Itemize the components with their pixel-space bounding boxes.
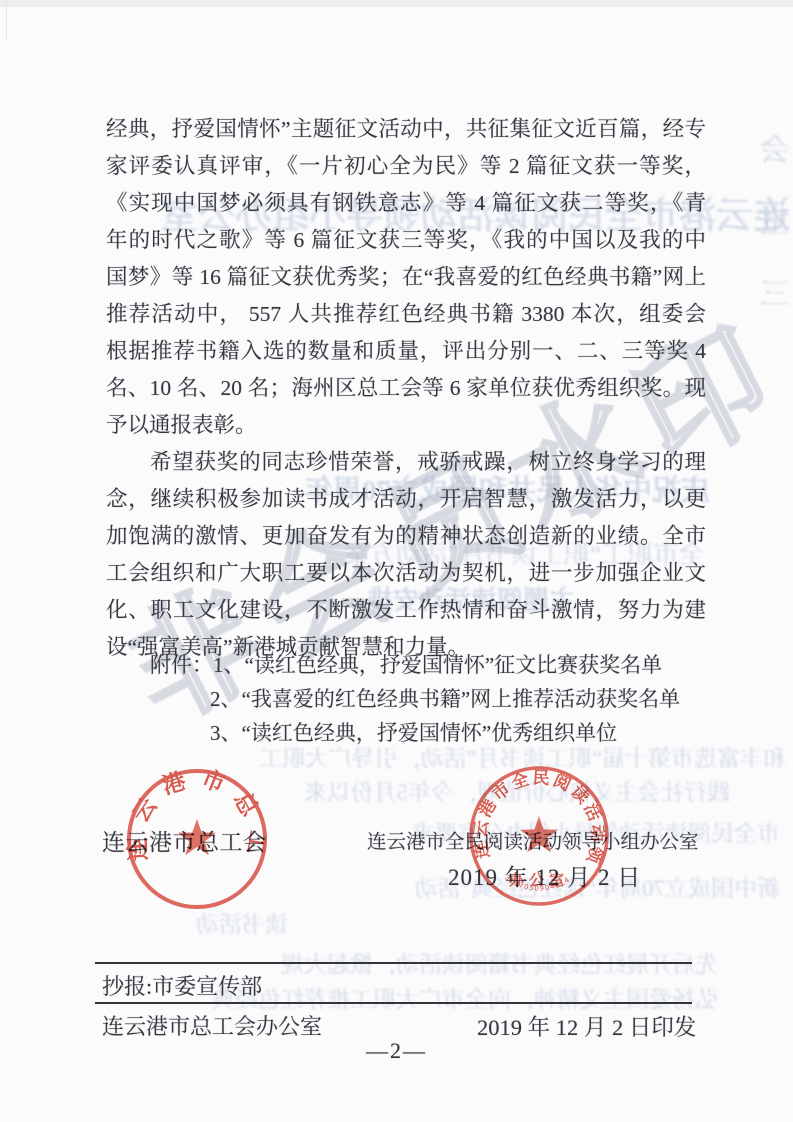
body-line: 《实现中国梦必须具有钢铁意志》等 4 篇征文获二等奖，《青: [106, 185, 706, 222]
body-line: 予以通报表彰。: [106, 407, 706, 444]
attachment-row: 2、“我喜爱的红色经典书籍”网上推荐活动获奖名单: [106, 682, 726, 716]
body-line: 经典，抒爱国情怀”主题征文活动中，共征集征文近百篇，经专: [106, 111, 706, 148]
svg-text:连云港市总工会: 连云港市总工会: [122, 764, 271, 867]
body-line: 家评委认真评审，《一片初心全为民》等 2 篇征文获一等奖，: [106, 148, 706, 185]
body-line: 念，继续积极参加读书成才活动，开启智慧，激发活力，以更: [106, 481, 706, 518]
scanned-document-page: 连云港市全民阅读活动领导小组办公室 庆祝中华人民共和国成立70周年 全市职工“职…: [0, 0, 793, 1122]
page-number: —2—: [0, 1038, 793, 1064]
seal-ring-text: 连云港市全民阅读活动领导小组: [464, 761, 608, 868]
body-line: 化、职工文化建设，不断激发工作热情和奋斗激情，努力为建: [106, 592, 706, 629]
body-line: 名、10 名、20 名；海州区总工会等 6 家单位获优秀组织奖。现: [106, 370, 706, 407]
attachment-row: 附件：1、“读红色经典，抒爱国情怀”征文比赛获奖名单: [106, 648, 726, 682]
scan-top-edge: [0, 0, 793, 7]
scan-left-edge: [6, 0, 7, 40]
official-seal-right: 连云港市全民阅读活动领导小组 办公室 3207050904214: [464, 761, 614, 911]
body-line: 年的时代之歌》等 6 篇征文获三等奖，《我的中国以及我的中: [106, 222, 706, 259]
footer-issuer: 连云港市总工会办公室: [102, 1010, 322, 1041]
body-line: 国梦》等 16 篇征文获优秀奖；在“我喜爱的红色经典书籍”网上: [106, 259, 706, 296]
footer-copy-line: 抄报:市委宣传部: [102, 970, 262, 1001]
ghost-bleedthrough-text: 会 室 三: [730, 115, 790, 315]
official-seal-left: 连云港市总工会: [122, 764, 272, 914]
body-line: 推荐活动中， 557 人共推荐红色经典书籍 3380 本次，组委会: [106, 296, 706, 333]
footer-rule-top: [95, 962, 692, 964]
seal-graphic: 连云港市总工会: [122, 764, 272, 914]
attachment-row: 3、“读红色经典，抒爱国情怀”优秀组织单位: [106, 716, 726, 750]
body-line: 加饱满的激情、更加奋发有为的精神状态创造新的业绩。全市: [106, 518, 706, 555]
seal-ring-text: 连云港市总工会: [122, 764, 271, 867]
footer-rule-bottom: [95, 1002, 692, 1004]
seal-graphic: 连云港市全民阅读活动领导小组 办公室 3207050904214: [464, 761, 614, 911]
body-line: 根据推荐书籍入选的数量和质量，评出分别一、二、三等奖 4: [106, 333, 706, 370]
body-line: 希望获奖的同志珍惜荣誉，戒骄戒躁，树立终身学习的理: [106, 444, 706, 481]
body-line: 工会组织和广大职工要以本次活动为契机，进一步加强企业文: [106, 555, 706, 592]
body-paragraph-1: 经典，抒爱国情怀”主题征文活动中，共征集征文近百篇，经专家评委认真评审，《一片初…: [106, 111, 706, 444]
body-paragraph-2: 希望获奖的同志珍惜荣誉，戒骄戒躁，树立终身学习的理念，继续积极参加读书成才活动，…: [106, 444, 706, 666]
star-icon: [178, 819, 216, 855]
star-icon: [520, 816, 558, 852]
svg-text:连云港市全民阅读活动领导小组: 连云港市全民阅读活动领导小组: [464, 761, 608, 868]
attachment-list: 附件：1、“读红色经典，抒爱国情怀”征文比赛获奖名单 2、“我喜爱的红色经典书籍…: [106, 648, 726, 750]
